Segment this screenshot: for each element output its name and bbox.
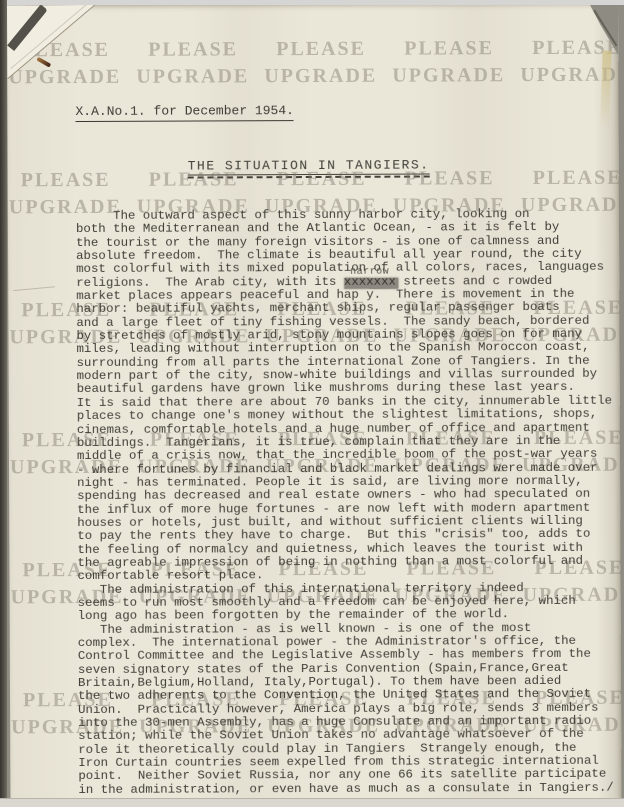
paper-sheet: PLEASEPLEASEPLEASEPLEASEPLEASEUPGRADEUPG… (7, 3, 621, 807)
paragraph: The outward aspect of this sunny harbor … (76, 208, 615, 584)
watermark-row: PLEASEPLEASEPLEASEPLEASEPLEASE (20, 36, 621, 62)
watermark-word: PLEASE (277, 168, 405, 192)
watermark-word: PLEASE (149, 168, 277, 192)
document-reference: X.A.No.1. for December 1954. (75, 103, 294, 122)
watermark-row: UPGRADEUPGRADEUPGRADEUPGRADEUPGRADE (8, 64, 621, 90)
paragraph: The administration of this international… (78, 581, 615, 623)
paragraph: The administration - as is well known - … (78, 621, 616, 797)
scanned-document-page: PLEASEPLEASEPLEASEPLEASEPLEASEUPGRADEUPG… (0, 0, 624, 807)
watermark-word: PLEASE (276, 38, 404, 62)
watermark-word: UPGRADE (392, 64, 520, 88)
document-body: The outward aspect of this sunny harbor … (76, 208, 616, 802)
next-page-edge (0, 798, 624, 807)
watermark-word: PLEASE (404, 37, 532, 61)
watermark-row: PLEASEPLEASEPLEASEPLEASEPLEASE (21, 166, 622, 192)
watermark-word: UPGRADE (136, 65, 264, 89)
typed-correction-word: narrow (350, 267, 389, 278)
watermark-word: PLEASE (533, 166, 622, 190)
overstruck-word-blot (344, 278, 398, 289)
watermark-word: PLEASE (405, 167, 533, 191)
watermark-word: PLEASE (148, 38, 276, 62)
watermark-word: UPGRADE (264, 65, 392, 89)
watermark-word: UPGRADE (8, 66, 136, 90)
watermark-word: PLEASE (21, 169, 149, 193)
scanner-edge-left (0, 0, 7, 807)
scanner-edge-top (0, 0, 624, 5)
